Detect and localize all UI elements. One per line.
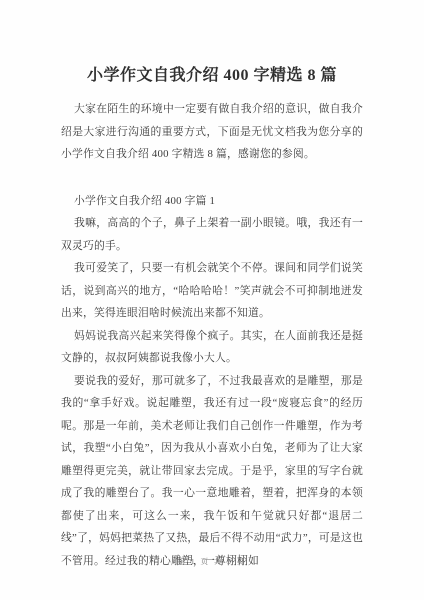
document-body: 大家在陌生的环境中一定要有做自我介绍的意识，做自我介绍是大家进行沟通的重要方式，…: [61, 98, 363, 572]
section-heading: 小学作文自我介绍 400 字篇 1: [61, 190, 363, 213]
document-page: 小学作文自我介绍 400 字精选 8 篇 大家在陌生的环境中一定要有做自我介绍的…: [0, 0, 424, 600]
essay-paragraph: 我可爱笑了，只要一有机会就笑个不停。课间和同学们说笑话，说到高兴的地方，“哈哈哈…: [61, 257, 363, 325]
essay-body: 我嘛，高高的个子，鼻子上架着一副小眼镜。哦，我还有一双灵巧的手。 我可爱笑了，只…: [61, 212, 363, 572]
page-number-footer: 第 1 页 共 9 页: [0, 556, 424, 567]
document-title: 小学作文自我介绍 400 字精选 8 篇: [61, 64, 363, 88]
essay-paragraph: 要说我的爱好，那可就多了，不过我最喜欢的是雕塑，那是我的“拿手好戏。说起雕塑，我…: [61, 370, 363, 573]
intro-paragraph: 大家在陌生的环境中一定要有做自我介绍的意识，做自我介绍是大家进行沟通的重要方式，…: [61, 98, 363, 166]
essay-paragraph: 我嘛，高高的个子，鼻子上架着一副小眼镜。哦，我还有一双灵巧的手。: [61, 212, 363, 257]
essay-paragraph: 妈妈说我高兴起来笑得像个疯子。其实，在人面前我还是挺文静的，叔叔阿姨都说我像小大…: [61, 325, 363, 370]
